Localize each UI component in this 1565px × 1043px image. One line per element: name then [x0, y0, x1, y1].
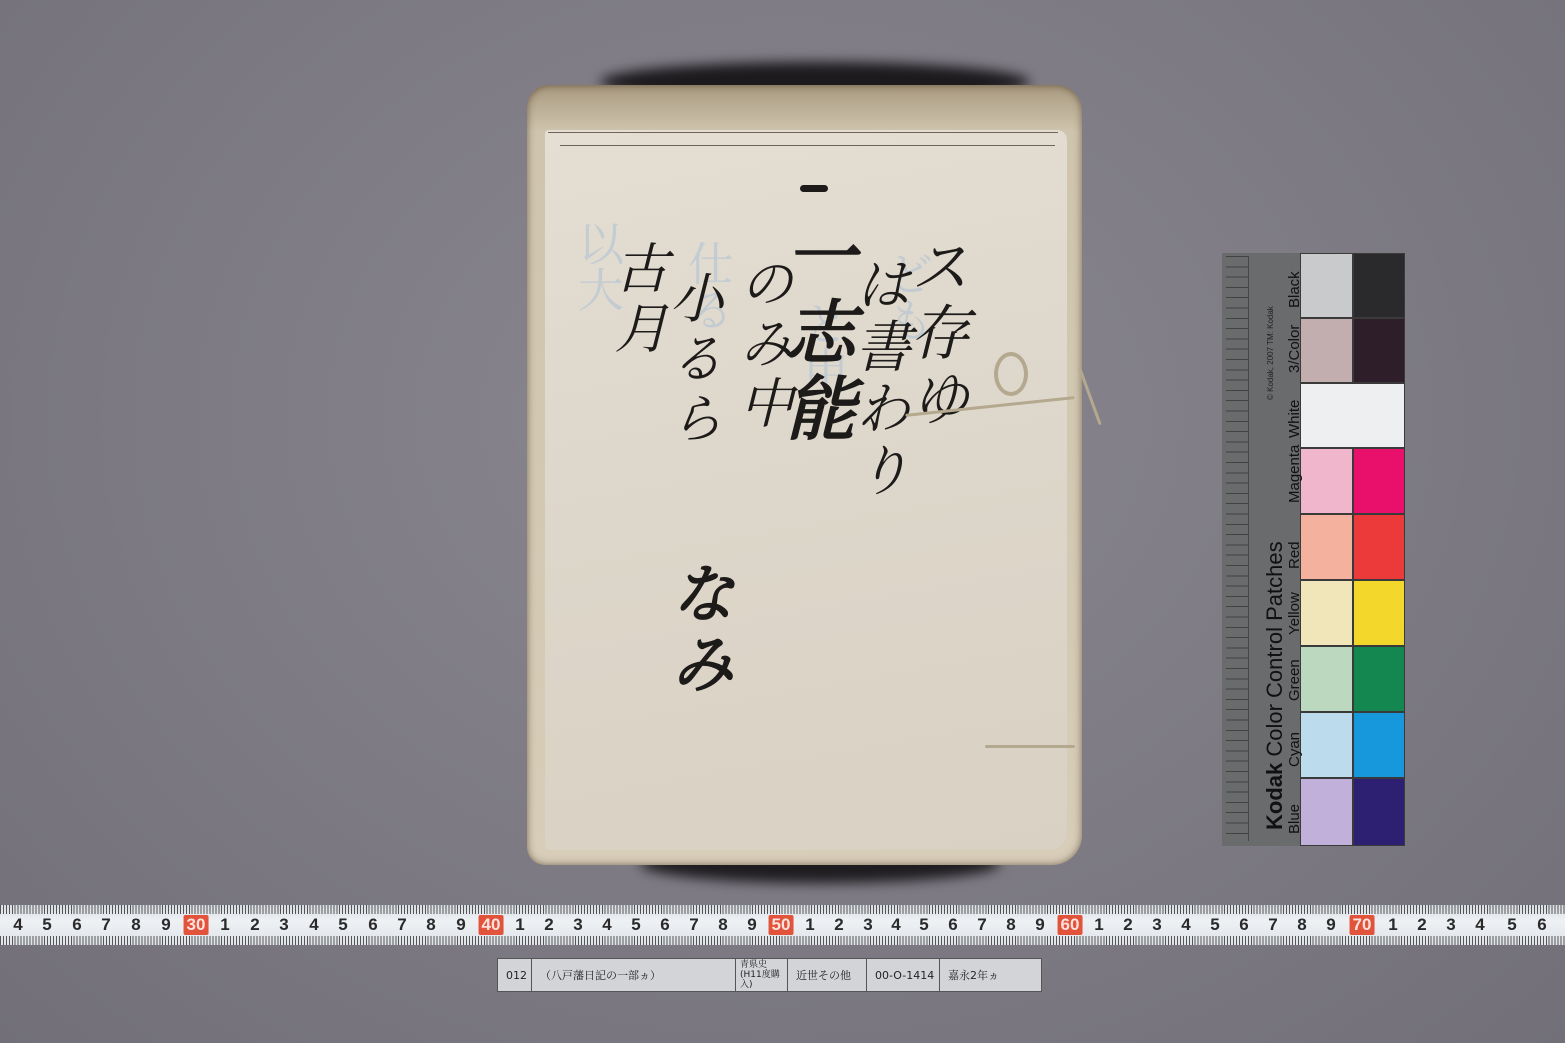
color-patch-red-dark [1353, 514, 1405, 580]
color-patch-blue-light [1300, 778, 1353, 846]
ruler-number: 1 [220, 915, 229, 935]
handwritten-column-1: ス存ゆ [905, 235, 965, 433]
ruler-number: 5 [631, 915, 640, 935]
label-date: 嘉永2年ヵ [940, 959, 1041, 991]
ruler-number: 5 [919, 915, 928, 935]
ruler-number: 9 [161, 915, 170, 935]
color-card-inch-scale [1226, 256, 1249, 841]
ruler-number: 7 [977, 915, 986, 935]
color-patch-label: White [1286, 399, 1303, 437]
ruler-number: 8 [1297, 915, 1306, 935]
color-patch-label: Black [1286, 271, 1303, 308]
handwritten-column-5: 小るら [665, 270, 719, 450]
catalog-label: 012 （八戸藩日記の一部ヵ） 青県史(H11度購入) 近世その他 00-O-1… [497, 958, 1042, 992]
color-patch-cyan-light [1300, 712, 1353, 778]
label-id: 00-O-1414 [867, 959, 940, 991]
color-card-title: Kodak Color Control Patches [1262, 541, 1288, 830]
ruler-number: 40 [479, 915, 504, 935]
ruler-number: 8 [1006, 915, 1015, 935]
label-number: 012 [498, 959, 532, 991]
ruler-number: 50 [769, 915, 794, 935]
color-patch-yellow-dark [1353, 580, 1405, 646]
color-patch-blue-dark [1353, 778, 1405, 846]
ruler-number: 5 [338, 915, 347, 935]
ruler-number: 3 [863, 915, 872, 935]
ruler-number: 1 [1388, 915, 1397, 935]
label-title: （八戸藩日記の一部ヵ） [532, 959, 736, 991]
ruler-number: 6 [72, 915, 81, 935]
binding-knot [994, 352, 1028, 396]
ruler-number: 2 [544, 915, 553, 935]
ruler-number: 3 [1446, 915, 1455, 935]
color-patch-label: Blue [1286, 804, 1303, 834]
ruler-number: 7 [1268, 915, 1277, 935]
color-patch-label: Magenta [1286, 445, 1303, 503]
page-edge-line [548, 132, 1058, 133]
ruler-number: 4 [309, 915, 318, 935]
ruler-number: 2 [1123, 915, 1132, 935]
ruler-number: 8 [718, 915, 727, 935]
ruler-number: 8 [131, 915, 140, 935]
ruler-number: 70 [1350, 915, 1375, 935]
color-patch-label: Red [1286, 541, 1303, 569]
ruler-number: 4 [891, 915, 900, 935]
color-patch-green-light [1300, 646, 1353, 712]
ruler-number: 4 [1475, 915, 1484, 935]
ruler-number: 30 [184, 915, 209, 935]
ruler-number: 5 [1507, 915, 1516, 935]
ruler-number: 1 [515, 915, 524, 935]
page-edge-line [560, 145, 1055, 146]
ruler-number: 60 [1058, 915, 1083, 935]
ruler-number: 1 [1094, 915, 1103, 935]
ruler-number: 3 [573, 915, 582, 935]
color-patch-green-dark [1353, 646, 1405, 712]
color-patch-label: 3/Color [1286, 324, 1303, 372]
color-patch-black-dark [1353, 253, 1405, 318]
color-patch-3-color-dark [1353, 318, 1405, 383]
handwritten-column-7: なみ [665, 560, 729, 700]
ruler-number: 6 [948, 915, 957, 935]
ruler-number: 3 [279, 915, 288, 935]
label-category: 近世その他 [788, 959, 867, 991]
ruler-number: 2 [250, 915, 259, 935]
ruler-number: 6 [368, 915, 377, 935]
ruler-number: 9 [1326, 915, 1335, 935]
color-patch-magenta-light [1300, 448, 1353, 514]
ruler-ticks-bottom [0, 936, 1565, 945]
color-patch-cyan-dark [1353, 712, 1405, 778]
ruler-number: 4 [1181, 915, 1190, 935]
ruler-number: 5 [42, 915, 51, 935]
color-card-copyright: © Kodak, 2007 TM: Kodak [1266, 306, 1275, 400]
ruler-number: 5 [1210, 915, 1219, 935]
ruler-number: 4 [602, 915, 611, 935]
color-patch-label: Yellow [1286, 592, 1303, 635]
label-source: 青県史(H11度購入) [736, 959, 788, 991]
ruler-number: 4 [13, 915, 22, 935]
handwritten-column-4: のみ中 [735, 255, 789, 435]
ruler-number: 6 [660, 915, 669, 935]
handwritten-column-2: は書わり [850, 255, 906, 503]
ruler-number: 9 [456, 915, 465, 935]
color-patch-red-light [1300, 514, 1353, 580]
ruler-number: 6 [1537, 915, 1546, 935]
ruler-number: 3 [1152, 915, 1161, 935]
color-patch-magenta-dark [1353, 448, 1405, 514]
ruler-number: 8 [426, 915, 435, 935]
ruler-number: 7 [101, 915, 110, 935]
measuring-tape: 4567893012345678940123456789501234567896… [0, 905, 1565, 945]
binding-string-lower [985, 745, 1075, 748]
ruler-number: 7 [397, 915, 406, 935]
color-patch-3-color-light [1300, 318, 1353, 383]
ruler-number: 9 [1035, 915, 1044, 935]
ruler-ticks-top [0, 905, 1565, 914]
color-patch-white [1300, 383, 1405, 448]
color-patch-label: Cyan [1286, 732, 1303, 767]
color-patch-yellow-light [1300, 580, 1353, 646]
ruler-number: 2 [1417, 915, 1426, 935]
ruler-number: 2 [834, 915, 843, 935]
color-patch-black-light [1300, 253, 1353, 318]
ruler-number: 6 [1239, 915, 1248, 935]
ruler-number: 7 [689, 915, 698, 935]
ruler-number: 9 [747, 915, 756, 935]
ink-dash-mark [800, 185, 828, 192]
ruler-number: 1 [805, 915, 814, 935]
handwritten-column-6: 古月 [610, 240, 664, 360]
color-patch-label: Green [1286, 659, 1303, 701]
